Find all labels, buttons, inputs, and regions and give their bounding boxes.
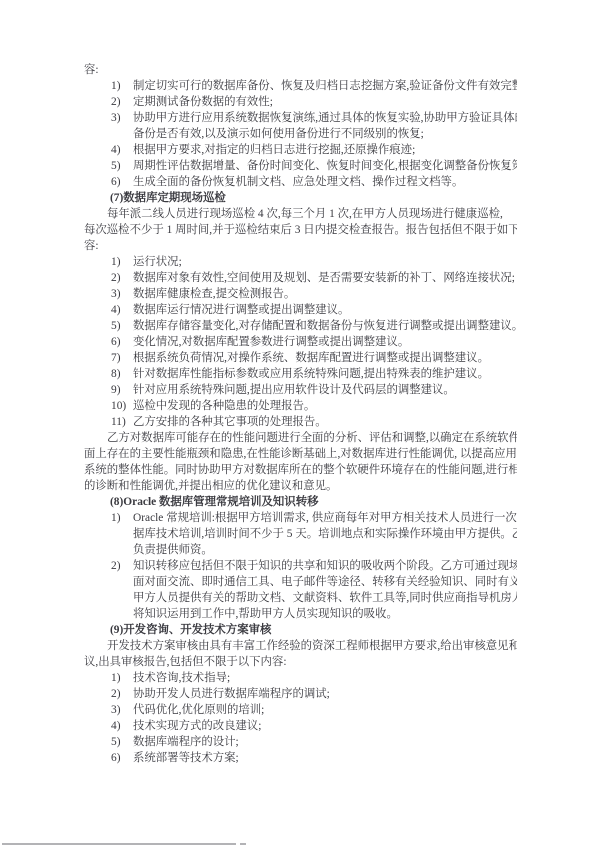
list-item: 6)生成全面的备份恢复机制文档、应急处理文档、操作过程文档等。: [84, 174, 517, 190]
list-item: 3)代码优化,优化原则的培训;: [84, 702, 517, 718]
list-item-number: 2): [111, 686, 121, 702]
section-heading: (8)Oracle 数据库管理常规培训及知识转移: [84, 494, 517, 510]
list-item-number: 6): [111, 334, 121, 350]
list-item-number: 3): [111, 286, 121, 302]
list-item-number: 7): [111, 350, 121, 366]
list-item: 1)运行状况;: [84, 254, 517, 270]
list-item-text: 知识转移应包括但不限于知识的共享和知识的吸收两个阶段。乙方可通过现场授课、: [133, 560, 517, 572]
list-item-text: 制定切实可行的数据库备份、恢复及归档日志挖掘方案,验证备份文件有效完整性;: [133, 80, 517, 92]
list-item-continuation: 甲方人员提供有关的帮助文档、文献资料、软件工具等,同时供应商指导机房人员: [84, 590, 517, 606]
list-item-number: 9): [111, 382, 121, 398]
list-item: 2)协助开发人员进行数据库端程序的调试;: [84, 686, 517, 702]
list-item-text: 数据库端程序的设计;: [133, 736, 239, 748]
list-item-text: 针对应用系统特殊问题,提出应用软件设计及代码层的调整建议。: [133, 384, 455, 396]
list-item-number: 2): [111, 94, 121, 110]
list-item-text: 乙方安排的各种其它事项的处理报告。: [133, 416, 327, 428]
list-item-text: 技术实现方式的改良建议;: [133, 720, 261, 732]
paragraph-line: 容:: [84, 238, 517, 254]
paragraph-line: 议,出具审核报告,包括但不限于以下内容:: [84, 654, 517, 670]
list-item: 5)数据库存储容量变化,对存储配置和数据备份与恢复进行调整或提出调整建议。: [84, 318, 517, 334]
list-item-number: 5): [111, 318, 121, 334]
list-item: 4)根据甲方要求,对指定的归档日志进行挖掘,还原操作痕迹;: [84, 142, 517, 158]
list-item-number: 3): [111, 702, 121, 718]
list-item-text: 数据库运行情况进行调整或提出调整建议。: [133, 304, 349, 316]
list-item-text: 定期测试备份数据的有效性;: [133, 96, 273, 108]
list-item-number: 8): [111, 366, 121, 382]
list-item-continuation: 备份是否有效,以及演示如何使用备份进行不同级别的恢复;: [84, 126, 517, 142]
list-item-text: 协助开发人员进行数据库端程序的调试;: [133, 688, 330, 700]
list-item-number: 4): [111, 718, 121, 734]
list-item: 3)数据库健康检查,提交检测报告。: [84, 286, 517, 302]
list-item: 5)数据库端程序的设计;: [84, 734, 517, 750]
list-item-number: 1): [111, 670, 121, 686]
list-item-number: 10): [111, 398, 126, 414]
paragraph-line: 面上存在的主要性能瓶颈和隐患,在性能诊断基础上,对数据库进行性能调优, 以提高应…: [84, 446, 517, 462]
list-item-number: 2): [111, 270, 121, 286]
paragraph-first-line: 开发技术方案审核由具有丰富工作经验的资深工程师根据甲方要求,给出审核意见和建: [84, 638, 517, 654]
paragraph-first-line: 乙方对数据库可能存在的性能问题进行全面的分析、评估和调整,以确定在系统软件层: [84, 430, 517, 446]
list-item-text: 周期性评估数据增量、备份时间变化、恢复时间变化,根据变化调整备份恢复策略;: [133, 160, 517, 172]
list-item-text: 数据库存储容量变化,对存储配置和数据备份与恢复进行调整或提出调整建议。: [133, 320, 517, 332]
list-item-continuation: 负责提供师资。: [84, 542, 517, 558]
paragraph-line: 每次巡检不少于 1 周时间,并于巡检结束后 3 日内提交检查报告。报告包括但不限…: [84, 222, 517, 238]
list-item: 6)系统部署等技术方案;: [84, 750, 517, 766]
list-item-text: 协助甲方进行应用系统数据恢复演练,通过具体的恢复实验,协助甲方验证具体的: [133, 112, 517, 124]
list-item-text: 变化情况,对数据库配置参数进行调整或提出调整建议。: [133, 336, 409, 348]
list-item-text: 数据库健康检查,提交检测报告。: [133, 288, 295, 300]
list-item-continuation: 面对面交流、即时通信工具、电子邮件等途径、转移有关经验知识、同时有义务向: [84, 574, 517, 590]
list-item: 4)技术实现方式的改良建议;: [84, 718, 517, 734]
paragraph-first-line: 每年派二线人员进行现场巡检 4 次,每三个月 1 次,在甲方人员现场进行健康巡检…: [84, 206, 517, 222]
document-body: 容:1)制定切实可行的数据库备份、恢复及归档日志挖掘方案,验证备份文件有效完整性…: [84, 62, 517, 766]
section-heading: (9)开发咨询、开发技术方案审核: [84, 622, 517, 638]
horizontal-scrollbar-dash: [240, 843, 246, 845]
list-item: 10)巡检中发现的各种隐患的处理报告。: [84, 398, 517, 414]
list-item-number: 6): [111, 750, 121, 766]
list-item-number: 1): [111, 78, 121, 94]
list-item-text: 根据甲方要求,对指定的归档日志进行挖掘,还原操作痕迹;: [133, 144, 415, 156]
list-item: 3)协助甲方进行应用系统数据恢复演练,通过具体的恢复实验,协助甲方验证具体的: [84, 110, 517, 126]
paragraph-line: 的诊断和性能调优,并提出相应的优化建议和意见。: [84, 478, 517, 494]
list-item: 6)变化情况,对数据库配置参数进行调整或提出调整建议。: [84, 334, 517, 350]
list-item-continuation: 据库技术培训,培训时间不少于 5 天。培训地点和实际操作环境由甲方提供。乙方: [84, 526, 517, 542]
list-item: 8)针对数据库性能指标参数或应用系统特殊问题,提出特殊表的维护建议。: [84, 366, 517, 382]
list-item-number: 11): [111, 414, 126, 430]
horizontal-scrollbar-thumb[interactable]: [2, 843, 236, 845]
list-item: 1)技术咨询,技术指导;: [84, 670, 517, 686]
list-item-text: 代码优化,优化原则的培训;: [133, 704, 264, 716]
list-item-number: 2): [111, 558, 121, 574]
list-item: 7)根据系统负荷情况,对操作系统、数据库配置进行调整或提出调整建议。: [84, 350, 517, 366]
list-item-number: 3): [111, 110, 121, 126]
list-item-text: 针对数据库性能指标参数或应用系统特殊问题,提出特殊表的维护建议。: [133, 368, 489, 380]
paragraph-line: 容:: [84, 62, 517, 78]
list-item: 2)定期测试备份数据的有效性;: [84, 94, 517, 110]
list-item-text: 数据库对象有效性,空间使用及规划、是否需要安装新的补丁、网络连接状况;: [133, 272, 515, 284]
list-item-number: 5): [111, 158, 121, 174]
list-item: 11)乙方安排的各种其它事项的处理报告。: [84, 414, 517, 430]
list-item-number: 6): [111, 174, 121, 190]
list-item: 9)针对应用系统特殊问题,提出应用软件设计及代码层的调整建议。: [84, 382, 517, 398]
list-item-continuation: 将知识运用到工作中,帮助甲方人员实现知识的吸收。: [84, 606, 517, 622]
list-item-text: 系统部署等技术方案;: [133, 752, 239, 764]
section-heading: (7)数据库定期现场巡检: [84, 190, 517, 206]
list-item: 2)数据库对象有效性,空间使用及规划、是否需要安装新的补丁、网络连接状况;: [84, 270, 517, 286]
list-item-text: 巡检中发现的各种隐患的处理报告。: [133, 400, 315, 412]
list-item-text: Oracle 常规培训:根据甲方培训需求, 供应商每年对甲方相关技术人员进行一次…: [133, 512, 517, 524]
list-item-number: 1): [111, 254, 121, 270]
list-item-number: 1): [111, 510, 121, 526]
list-item-number: 5): [111, 734, 121, 750]
document-page: 容:1)制定切实可行的数据库备份、恢复及归档日志挖掘方案,验证备份文件有效完整性…: [0, 0, 600, 851]
list-item: 2)知识转移应包括但不限于知识的共享和知识的吸收两个阶段。乙方可通过现场授课、: [84, 558, 517, 574]
list-item: 4)数据库运行情况进行调整或提出调整建议。: [84, 302, 517, 318]
list-item-number: 4): [111, 302, 121, 318]
list-item-text: 生成全面的备份恢复机制文档、应急处理文档、操作过程文档等。: [133, 176, 463, 188]
paragraph-line: 系统的整体性能。同时协助甲方对数据库所在的整个软硬件环境存在的性能问题,进行相应: [84, 462, 517, 478]
list-item: 1)Oracle 常规培训:根据甲方培训需求, 供应商每年对甲方相关技术人员进行…: [84, 510, 517, 526]
list-item-number: 4): [111, 142, 121, 158]
list-item-text: 根据系统负荷情况,对操作系统、数据库配置进行调整或提出调整建议。: [133, 352, 489, 364]
list-item: 1)制定切实可行的数据库备份、恢复及归档日志挖掘方案,验证备份文件有效完整性;: [84, 78, 517, 94]
list-item: 5)周期性评估数据增量、备份时间变化、恢复时间变化,根据变化调整备份恢复策略;: [84, 158, 517, 174]
list-item-text: 技术咨询,技术指导;: [133, 672, 230, 684]
list-item-text: 运行状况;: [133, 256, 182, 268]
